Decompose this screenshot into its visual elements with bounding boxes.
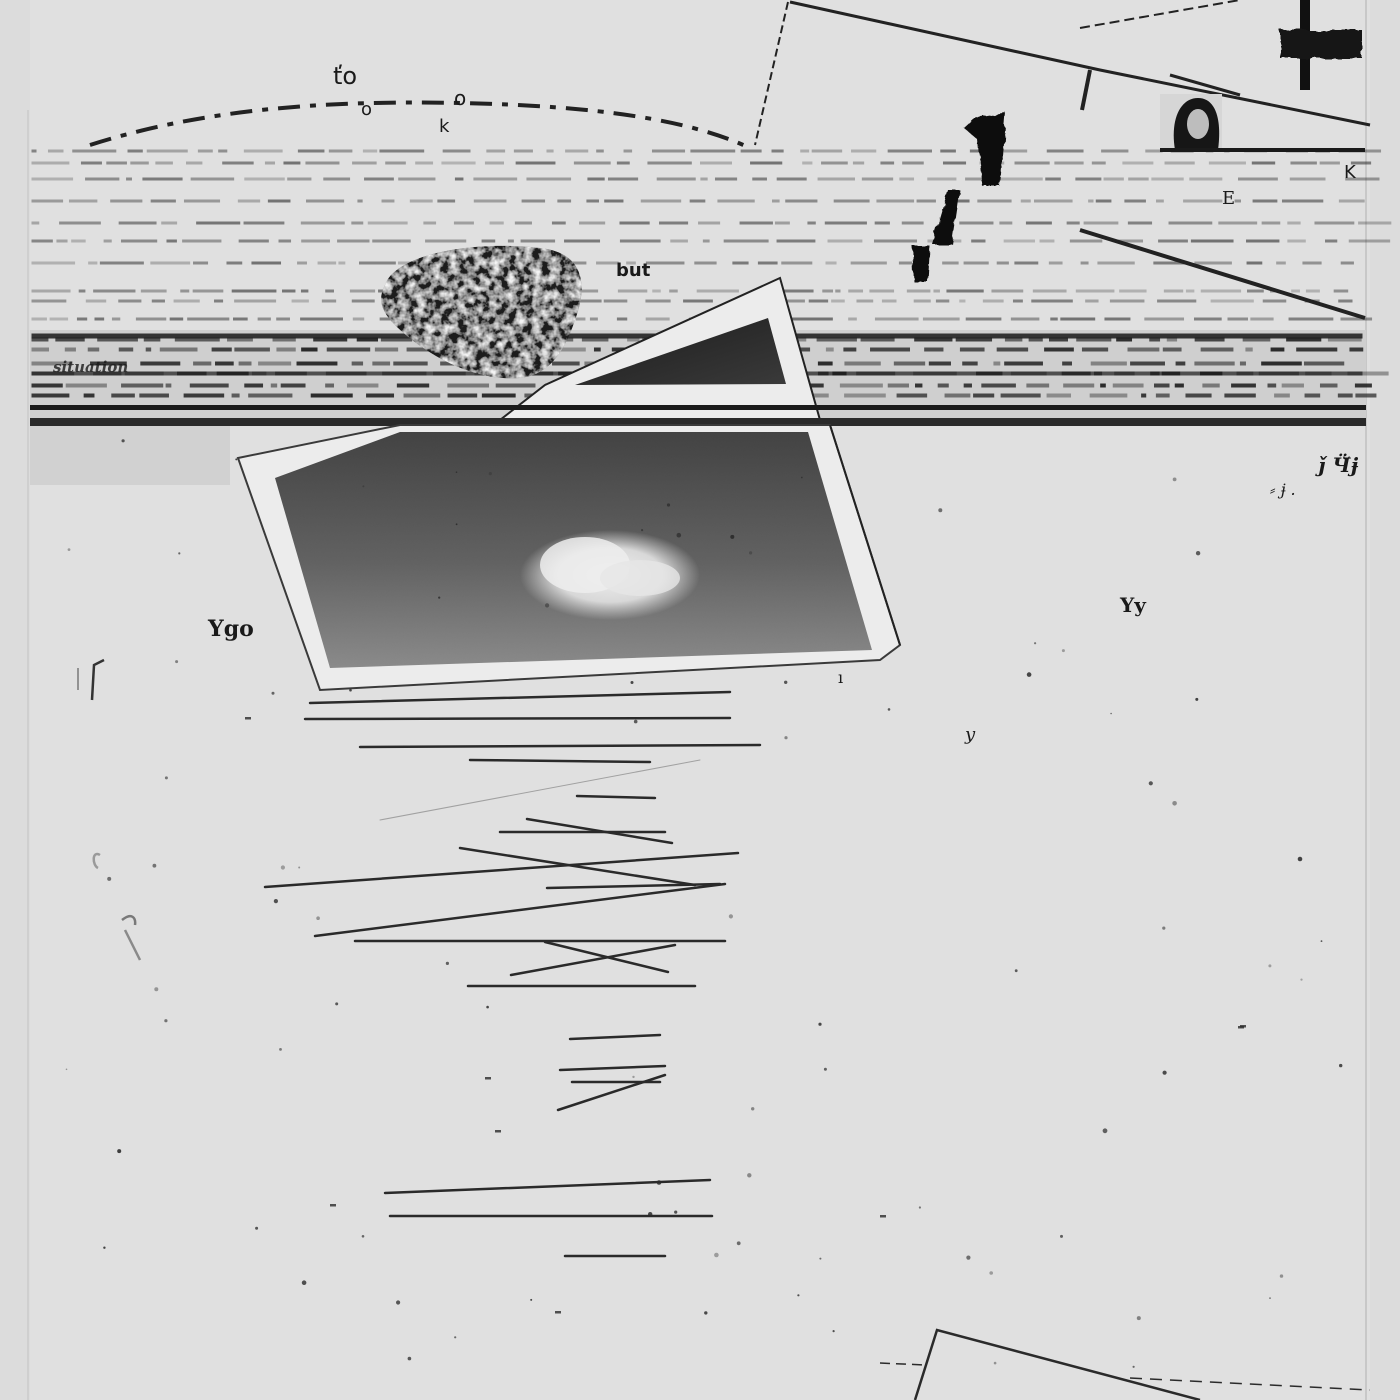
text-fragment-situation: situation xyxy=(53,360,128,375)
cloud-photograph xyxy=(238,425,900,690)
text-fragment-but: but xyxy=(616,262,650,280)
text-fragment-i-small: ı xyxy=(838,670,843,686)
text-fragment-y-small: y xyxy=(965,726,975,744)
text-fragment-k: k xyxy=(439,118,449,136)
text-fragment-ygo: Ygo xyxy=(208,618,254,640)
collage-artwork xyxy=(0,0,1400,1400)
text-fragment-scribble-right2: ⸗ ɉ . xyxy=(1270,482,1296,498)
text-fragment-e-right: E xyxy=(1222,190,1235,208)
text-fragment-k-right: K xyxy=(1344,164,1356,182)
text-fragment-to: ťo xyxy=(333,64,357,88)
text-fragment-o-right: o xyxy=(454,88,466,108)
text-fragment-o-left: o xyxy=(361,101,372,119)
text-fragment-scribble-right: ǰ Ӵ̆ɉ xyxy=(1318,455,1358,475)
text-fragment-yy: Yy xyxy=(1120,595,1146,615)
